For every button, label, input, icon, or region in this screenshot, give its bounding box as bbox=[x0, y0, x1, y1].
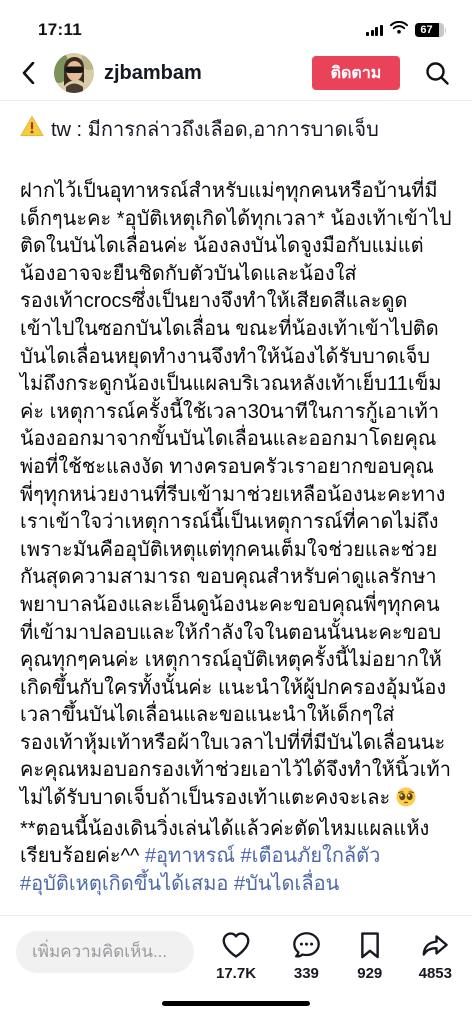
bookmark-button[interactable]: 929 bbox=[357, 931, 383, 982]
follow-button[interactable]: ติดตาม bbox=[312, 56, 400, 90]
share-arrow-icon bbox=[420, 931, 450, 964]
battery-percent: 67 bbox=[415, 23, 439, 37]
share-count: 4853 bbox=[419, 965, 452, 982]
clock: 17:11 bbox=[38, 20, 82, 40]
trigger-warning: tw : มีการกล่าวถึงเลือด,อาการบาดเจ็บ bbox=[20, 113, 452, 145]
cellular-signal-icon bbox=[366, 25, 383, 36]
post-body: ฝากไว้เป็นอุทาหรณ์สำหรับแม่ๆทุกคนหรือบ้า… bbox=[20, 178, 452, 898]
hashtag-link[interactable]: #บันไดเลื่อน bbox=[234, 873, 339, 895]
back-button[interactable] bbox=[22, 62, 44, 84]
home-indicator[interactable] bbox=[162, 1001, 310, 1006]
hashtag-link[interactable]: #เตือนภัยใกล้ตัว bbox=[241, 845, 381, 867]
battery-icon: 67 bbox=[415, 23, 447, 37]
post-detail-screen: 17:11 67 bbox=[0, 0, 472, 1024]
search-icon[interactable] bbox=[424, 60, 450, 86]
hashtag-link[interactable]: #อุทาหรณ์ bbox=[145, 845, 235, 867]
comment-bubble-icon bbox=[292, 931, 321, 964]
trigger-warning-text: tw : มีการกล่าวถึงเลือด,อาการบาดเจ็บ bbox=[51, 113, 379, 145]
comments-button[interactable]: 339 bbox=[292, 931, 321, 982]
heart-icon bbox=[221, 931, 251, 964]
wifi-icon bbox=[390, 21, 408, 39]
bookmark-count: 929 bbox=[357, 965, 382, 982]
like-count: 17.7K bbox=[216, 965, 256, 982]
comment-input[interactable] bbox=[16, 931, 194, 973]
pleading-face-icon bbox=[396, 787, 416, 816]
comment-count: 339 bbox=[294, 965, 319, 982]
avatar[interactable] bbox=[54, 53, 94, 93]
header: zjbambam ติดตาม bbox=[0, 46, 472, 100]
hashtag-link[interactable]: #อุบัติเหตุเกิดขึ้นได้เสมอ bbox=[20, 873, 228, 895]
like-button[interactable]: 17.7K bbox=[216, 931, 256, 982]
share-button[interactable]: 4853 bbox=[419, 931, 452, 982]
status-bar: 17:11 67 bbox=[0, 0, 472, 46]
warning-triangle-icon bbox=[20, 115, 44, 143]
username[interactable]: zjbambam bbox=[104, 62, 302, 85]
action-bar: 17.7K 339 bbox=[0, 915, 472, 1024]
bookmark-icon bbox=[357, 931, 383, 964]
post-content: tw : มีการกล่าวถึงเลือด,อาการบาดเจ็บ ฝาก… bbox=[0, 101, 472, 915]
post-body-text-1: ฝากไว้เป็นอุทาหรณ์สำหรับแม่ๆทุกคนหรือบ้า… bbox=[20, 180, 452, 809]
